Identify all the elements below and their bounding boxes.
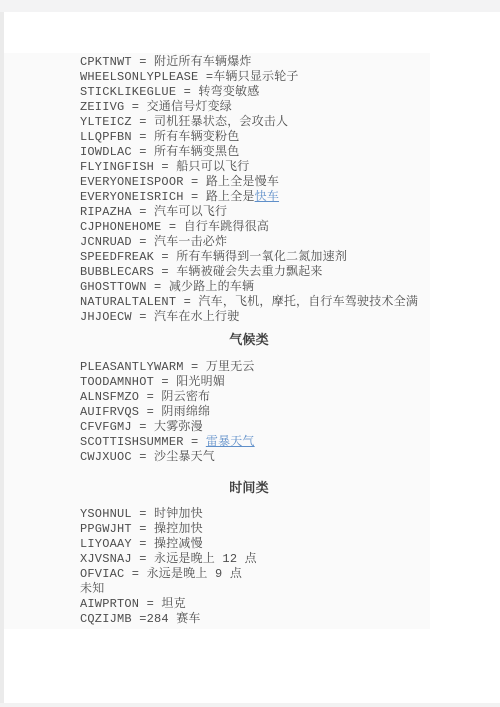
cheat-text: IOWDLAC = 所有车辆变黑色: [80, 145, 239, 159]
cheat-line: CWJXUOC = 沙尘暴天气: [80, 450, 430, 465]
cheat-line: YLTEICZ = 司机狂暴状态，会攻击人: [80, 115, 430, 130]
cheat-line: OFVIAC = 永远是晚上 9 点: [80, 567, 430, 582]
cheat-text: YSOHNUL = 时钟加快: [80, 507, 203, 521]
cheat-text: EVERYONEISRICH = 路上全是: [80, 190, 255, 204]
cheat-line: FLYINGFISH = 船只可以飞行: [80, 160, 430, 175]
section-heading: 时间类: [36, 480, 430, 495]
cheat-line: LLQPFBN = 所有车辆变粉色: [80, 130, 430, 145]
cheat-line: EVERYONEISPOOR = 路上全是慢车: [80, 175, 430, 190]
cheat-line: SCOTTISHSUMMER = 雷暴天气: [80, 435, 430, 450]
cheat-text: CFVFGMJ = 大雾弥漫: [80, 420, 203, 434]
cheat-line: XJVSNAJ = 永远是晚上 12 点: [80, 552, 430, 567]
cheat-text: CWJXUOC = 沙尘暴天气: [80, 450, 215, 464]
cheat-text: FLYINGFISH = 船只可以飞行: [80, 160, 249, 174]
cheat-line: CPKTNWT = 附近所有车辆爆炸: [80, 55, 430, 70]
cheat-line: TOODAMNHOT = 阳光明媚: [80, 375, 430, 390]
cheat-line: SPEEDFREAK = 所有车辆得到一氧化二氮加速剂: [80, 250, 430, 265]
cheat-line: EVERYONEISRICH = 路上全是快车: [80, 190, 430, 205]
cheat-text: ALNSFMZO = 阴云密布: [80, 390, 210, 404]
cheat-text: JHJOECW = 汽车在水上行驶: [80, 310, 239, 324]
cheat-text: ZEIIVG = 交通信号灯变绿: [80, 100, 232, 114]
cheat-text: CJPHONEHOME = 自行车跳得很高: [80, 220, 269, 234]
cheat-section: 气候类PLEASANTLYWARM = 万里无云TOODAMNHOT = 阳光明…: [80, 332, 430, 465]
cheat-line: ZEIIVG = 交通信号灯变绿: [80, 100, 430, 115]
cheat-text: EVERYONEISPOOR = 路上全是慢车: [80, 175, 279, 189]
cheat-text: AIWPRTON = 坦克: [80, 597, 186, 611]
cheat-text: PPGWJHT = 操控加快: [80, 522, 203, 536]
top-margin-bar: [0, 0, 500, 12]
cheat-section: CPKTNWT = 附近所有车辆爆炸WHEELSONLYPLEASE =车辆只显…: [80, 55, 430, 325]
cheat-line: YSOHNUL = 时钟加快: [80, 507, 430, 522]
cheat-text: SCOTTISHSUMMER =: [80, 435, 206, 449]
cheat-line: CJPHONEHOME = 自行车跳得很高: [80, 220, 430, 235]
cheat-section: 时间类YSOHNUL = 时钟加快PPGWJHT = 操控加快LIYOAAY =…: [80, 480, 430, 627]
cheat-text: NATURALTALENT = 汽车，飞机，摩托，自行车驾驶技术全满: [80, 295, 418, 309]
cheat-line: NATURALTALENT = 汽车，飞机，摩托，自行车驾驶技术全满: [80, 295, 430, 310]
cheat-text: AUIFRVQS = 阴雨绵绵: [80, 405, 210, 419]
section-heading: 气候类: [36, 332, 430, 347]
cheat-text: SPEEDFREAK = 所有车辆得到一氧化二氮加速剂: [80, 250, 347, 264]
cheat-text: RIPAZHA = 汽车可以飞行: [80, 205, 227, 219]
cheat-list: CPKTNWT = 附近所有车辆爆炸WHEELSONLYPLEASE =车辆只显…: [4, 53, 430, 627]
cheat-link[interactable]: 雷暴天气: [206, 435, 255, 449]
cheat-text: CQZIJMB =284 赛车: [80, 612, 201, 626]
cheat-text: CPKTNWT = 附近所有车辆爆炸: [80, 55, 252, 69]
document-page: CPKTNWT = 附近所有车辆爆炸WHEELSONLYPLEASE =车辆只显…: [0, 0, 500, 707]
cheat-line: CFVFGMJ = 大雾弥漫: [80, 420, 430, 435]
cheat-text: BUBBLECARS = 车辆被碰会失去重力飘起来: [80, 265, 323, 279]
cheat-text: XJVSNAJ = 永远是晚上 12 点: [80, 552, 257, 566]
cheat-line: WHEELSONLYPLEASE =车辆只显示轮子: [80, 70, 430, 85]
cheat-text: TOODAMNHOT = 阳光明媚: [80, 375, 225, 389]
cheat-line: GHOSTTOWN = 减少路上的车辆: [80, 280, 430, 295]
cheat-line: STICKLIKEGLUE = 转弯变敏感: [80, 85, 430, 100]
cheat-text: OFVIAC = 永远是晚上 9 点: [80, 567, 242, 581]
cheat-line: PPGWJHT = 操控加快: [80, 522, 430, 537]
scanned-page: CPKTNWT = 附近所有车辆爆炸WHEELSONLYPLEASE =车辆只显…: [4, 53, 430, 629]
bottom-margin-bar: [0, 703, 500, 707]
cheat-line: CQZIJMB =284 赛车: [80, 612, 430, 627]
cheat-line: JCNRUAD = 汽车一击必炸: [80, 235, 430, 250]
cheat-line: AIWPRTON = 坦克: [80, 597, 430, 612]
cheat-text: JCNRUAD = 汽车一击必炸: [80, 235, 227, 249]
cheat-text: PLEASANTLYWARM = 万里无云: [80, 360, 255, 374]
cheat-text: STICKLIKEGLUE = 转弯变敏感: [80, 85, 259, 99]
cheat-line: ALNSFMZO = 阴云密布: [80, 390, 430, 405]
cheat-line: IOWDLAC = 所有车辆变黑色: [80, 145, 430, 160]
cheat-line: JHJOECW = 汽车在水上行驶: [80, 310, 430, 325]
cheat-line: LIYOAAY = 操控减慢: [80, 537, 430, 552]
cheat-link[interactable]: 快车: [255, 190, 279, 204]
cheat-text: LLQPFBN = 所有车辆变粉色: [80, 130, 239, 144]
cheat-text: GHOSTTOWN = 减少路上的车辆: [80, 280, 254, 294]
cheat-line: BUBBLECARS = 车辆被碰会失去重力飘起来: [80, 265, 430, 280]
cheat-line: AUIFRVQS = 阴雨绵绵: [80, 405, 430, 420]
cheat-text: 未知: [80, 582, 104, 596]
cheat-line: RIPAZHA = 汽车可以飞行: [80, 205, 430, 220]
cheat-text: LIYOAAY = 操控减慢: [80, 537, 203, 551]
cheat-line: 未知: [80, 582, 430, 597]
cheat-line: PLEASANTLYWARM = 万里无云: [80, 360, 430, 375]
cheat-text: WHEELSONLYPLEASE =车辆只显示轮子: [80, 70, 299, 84]
cheat-text: YLTEICZ = 司机狂暴状态，会攻击人: [80, 115, 288, 129]
